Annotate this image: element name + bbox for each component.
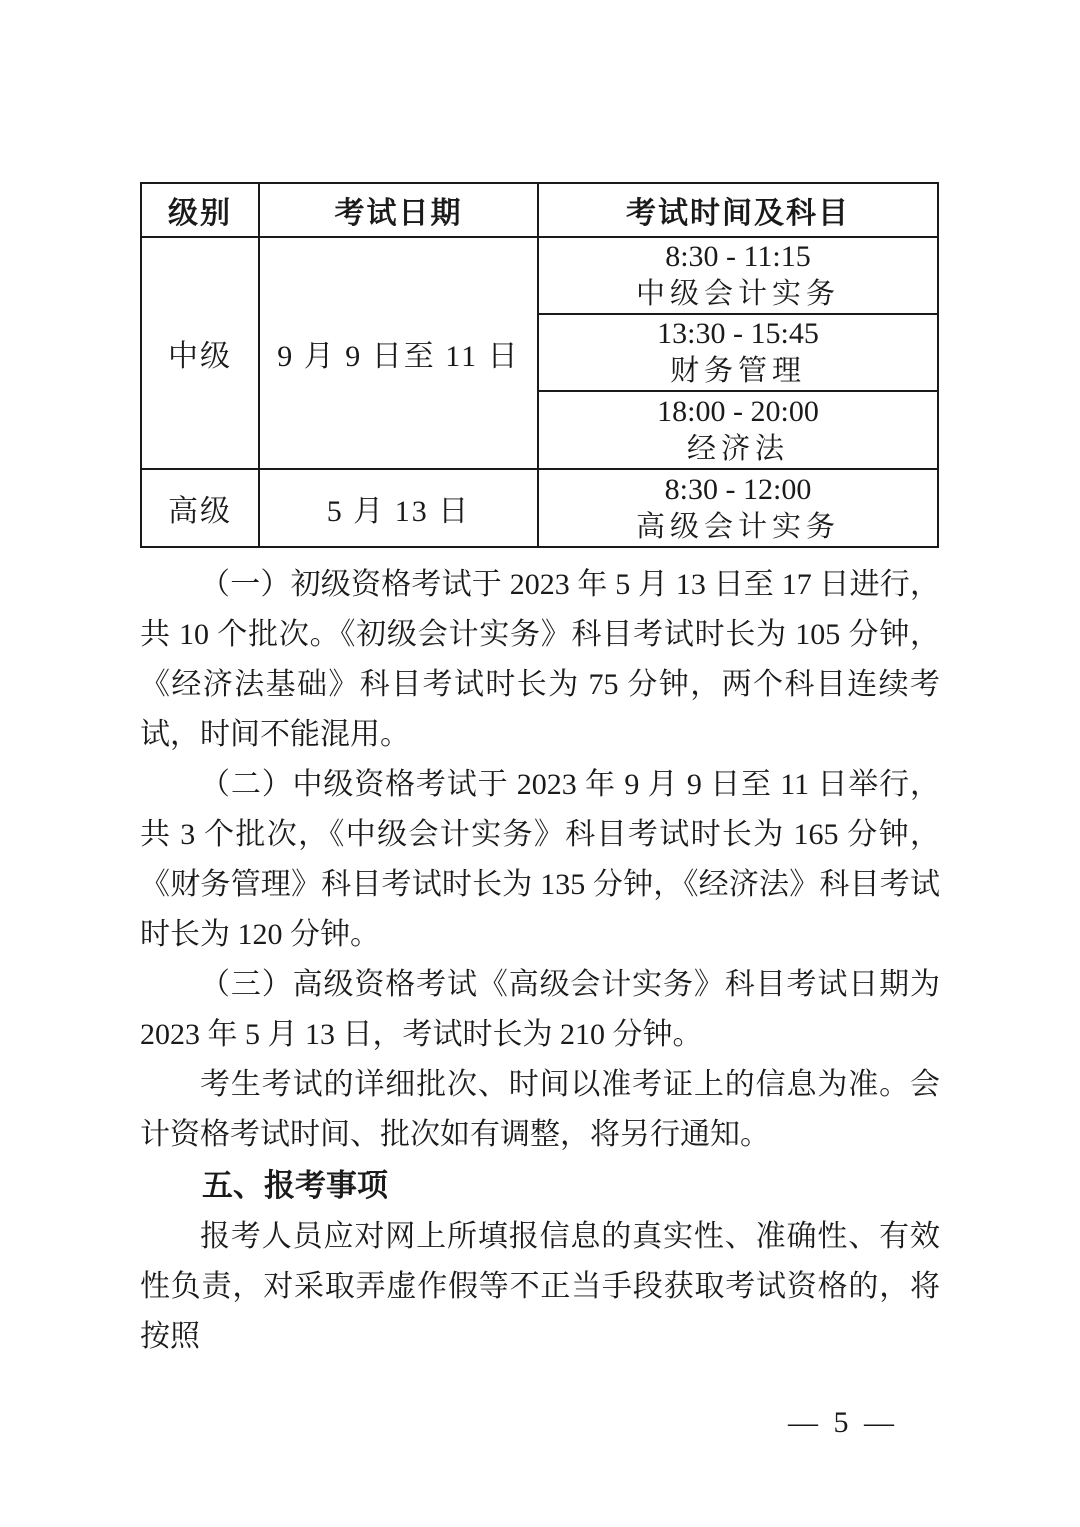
body-text: （一）初级资格考试于 2023 年 5 月 13 日至 17 日进行，共 10 … — [140, 560, 940, 1362]
paragraph-admission-notice: 考生考试的详细批次、时间以准考证上的信息为准。会计资格考试时间、批次如有调整，将… — [140, 1060, 940, 1160]
level-cell-intermediate: 中级 — [141, 237, 259, 469]
paragraph-intermediate-exam: （二）中级资格考试于 2023 年 9 月 9 日至 11 日举行，共 3 个批… — [140, 760, 940, 960]
session-time: 8:30 - 11:15 — [539, 238, 937, 276]
table-header-exam-date: 考试日期 — [259, 183, 538, 237]
session-time: 13:30 - 15:45 — [539, 315, 937, 353]
session-time: 18:00 - 20:00 — [539, 393, 937, 431]
table-header-time-subject: 考试时间及科目 — [538, 183, 938, 237]
table-row: 中级 9 月 9 日至 11 日 8:30 - 11:15 中级会计实务 — [141, 237, 938, 314]
table-row: 高级 5 月 13 日 8:30 - 12:00 高级会计实务 — [141, 469, 938, 547]
session-subject: 高级会计实务 — [539, 509, 937, 546]
date-cell-intermediate: 9 月 9 日至 11 日 — [259, 237, 538, 469]
session-cell: 18:00 - 20:00 经济法 — [538, 391, 938, 469]
page-number: — 5 — — [140, 1406, 940, 1440]
document-page: 级别 考试日期 考试时间及科目 中级 9 月 9 日至 11 日 8:30 - … — [0, 0, 1080, 1527]
paragraph-junior-exam: （一）初级资格考试于 2023 年 5 月 13 日至 17 日进行，共 10 … — [140, 560, 940, 760]
table-header-row: 级别 考试日期 考试时间及科目 — [141, 183, 938, 237]
session-subject: 经济法 — [539, 431, 937, 468]
session-time: 8:30 - 12:00 — [539, 471, 937, 509]
paragraph-registration-responsibility: 报考人员应对网上所填报信息的真实性、准确性、有效性负责，对采取弄虚作假等不正当手… — [140, 1212, 940, 1362]
session-cell: 8:30 - 11:15 中级会计实务 — [538, 237, 938, 314]
level-cell-advanced: 高级 — [141, 469, 259, 547]
session-cell: 13:30 - 15:45 财务管理 — [538, 314, 938, 391]
session-subject: 财务管理 — [539, 353, 937, 390]
date-cell-advanced: 5 月 13 日 — [259, 469, 538, 547]
paragraph-advanced-exam: （三）高级资格考试《高级会计实务》科目考试日期为 2023 年 5 月 13 日… — [140, 960, 940, 1060]
session-cell: 8:30 - 12:00 高级会计实务 — [538, 469, 938, 547]
section-heading-registration: 五、报考事项 — [140, 1160, 940, 1212]
exam-schedule-table: 级别 考试日期 考试时间及科目 中级 9 月 9 日至 11 日 8:30 - … — [140, 182, 939, 548]
page-content: 级别 考试日期 考试时间及科目 中级 9 月 9 日至 11 日 8:30 - … — [140, 182, 940, 1440]
session-subject: 中级会计实务 — [539, 276, 937, 313]
table-header-level: 级别 — [141, 183, 259, 237]
